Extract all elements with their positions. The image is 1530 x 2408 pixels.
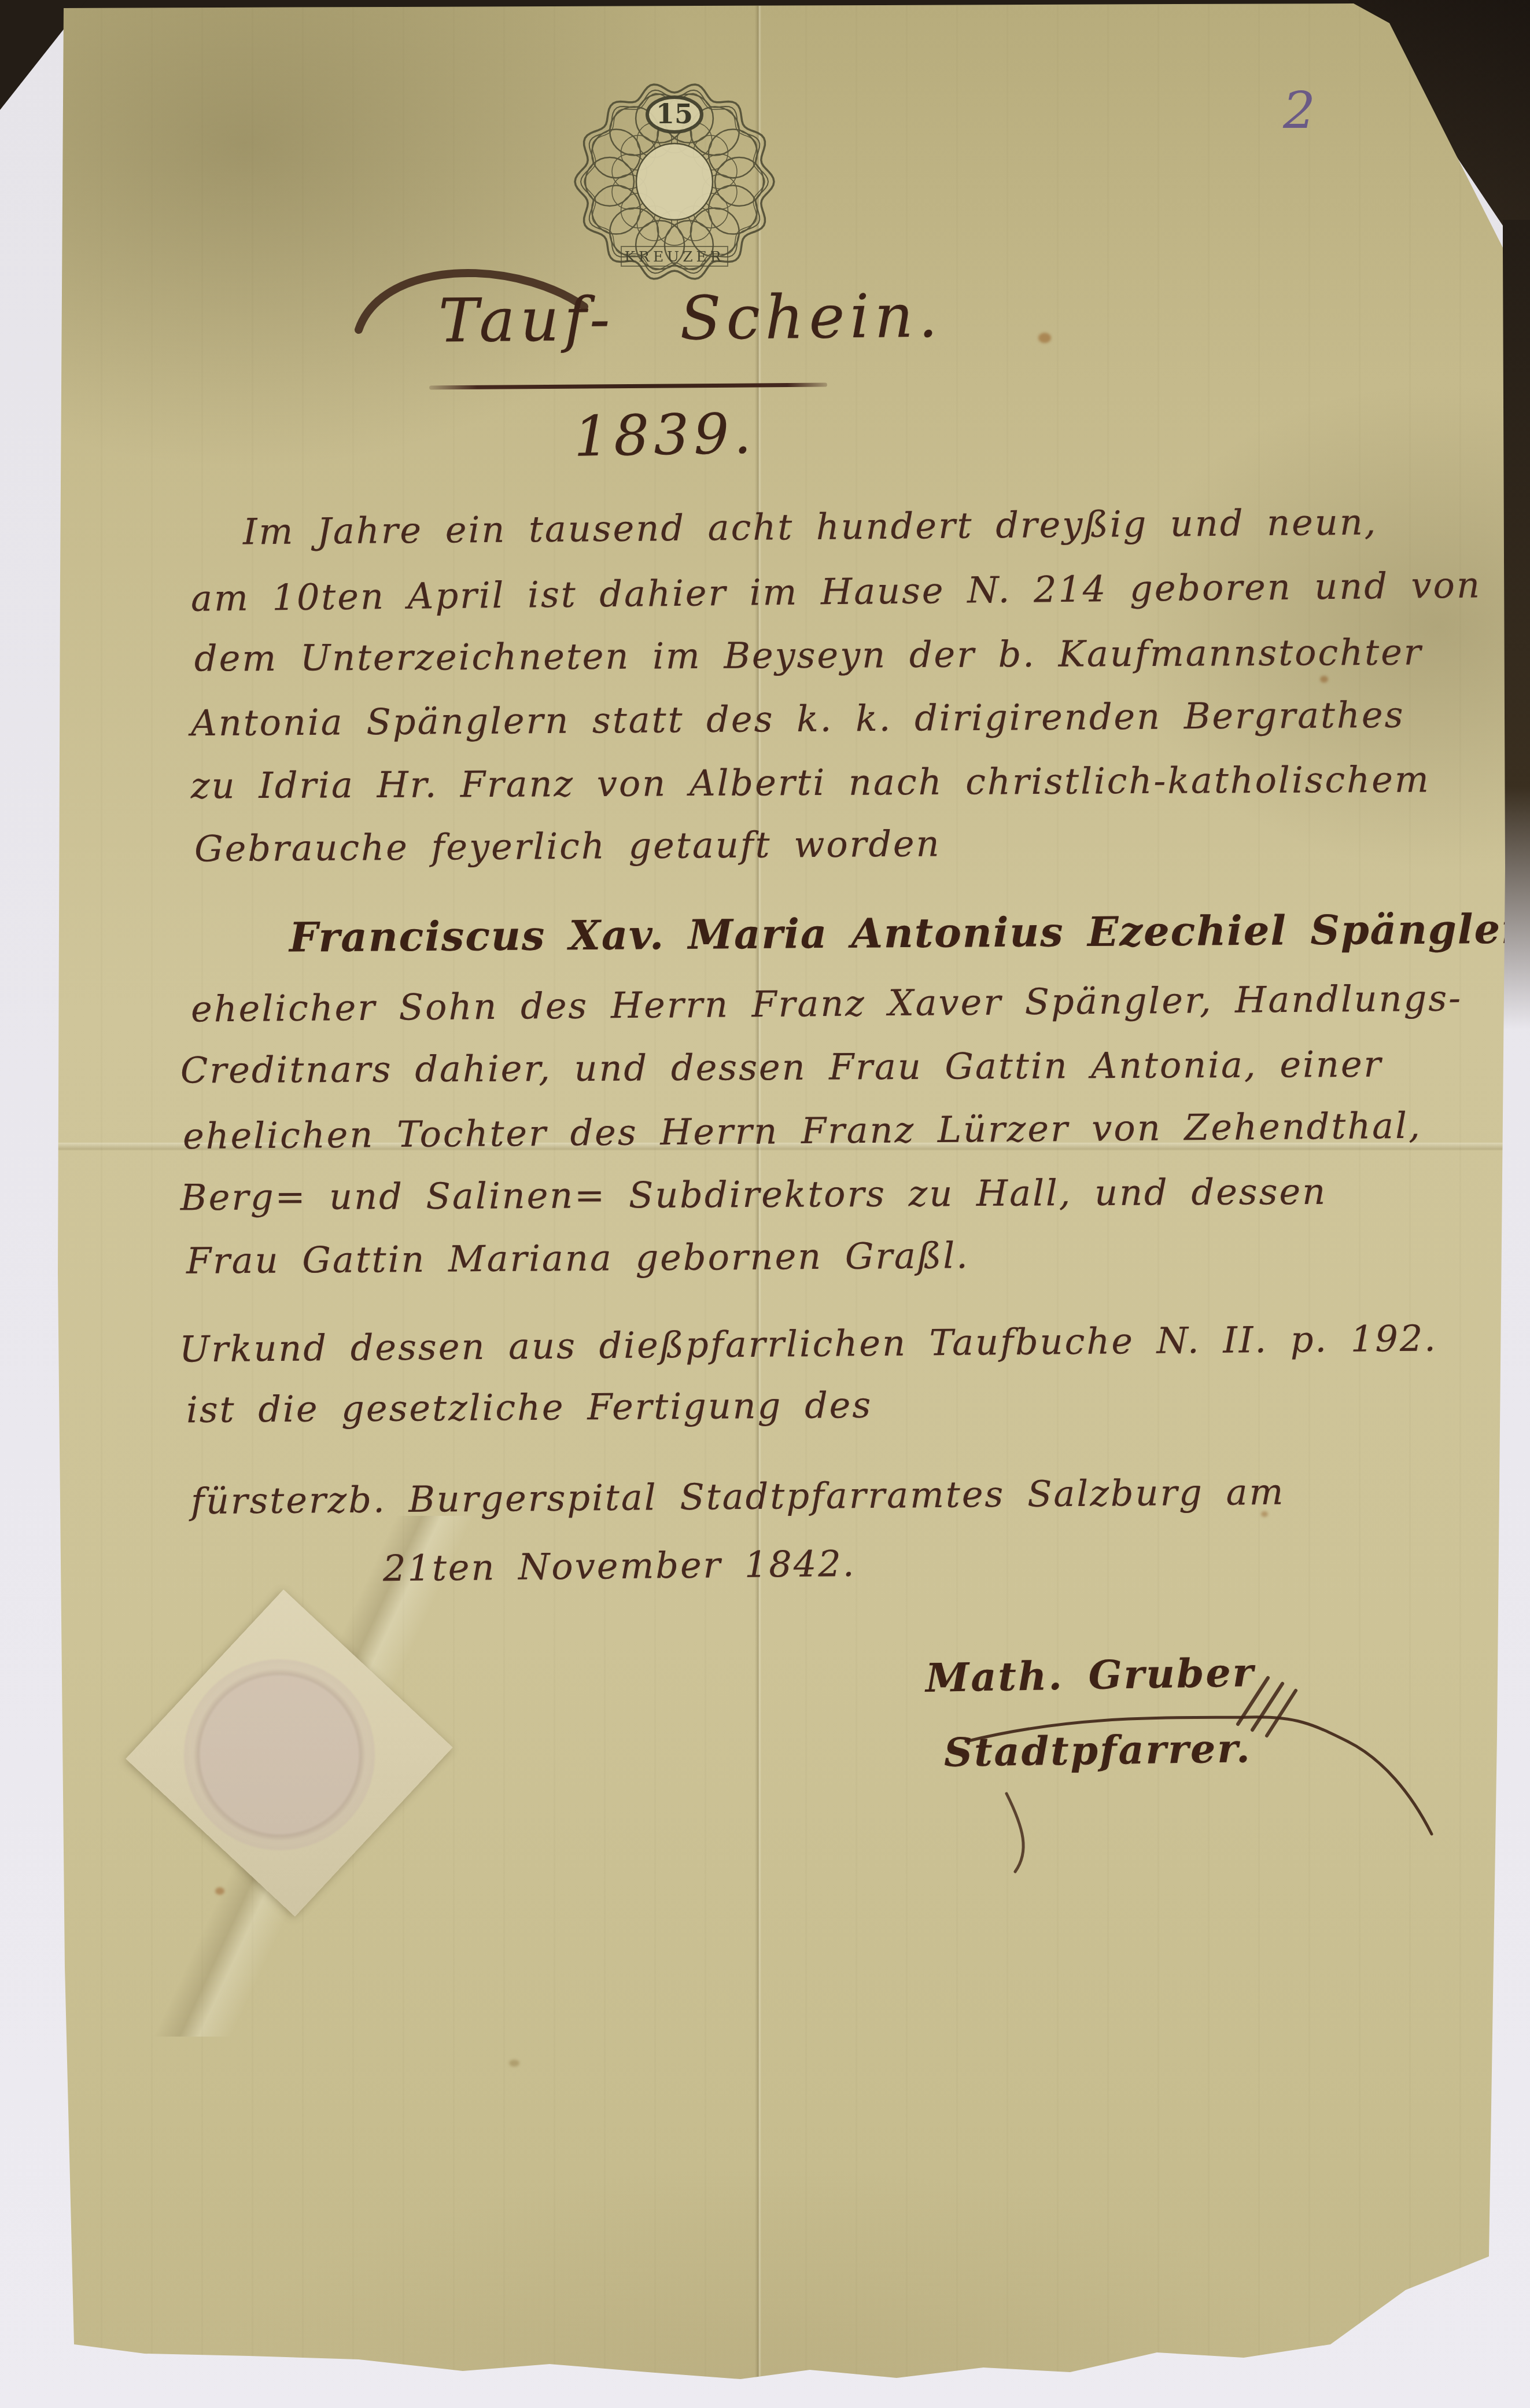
photograph-of-document: { "page": { "number": "2" }, "stamp": { … xyxy=(0,0,1530,2408)
foxing-spot xyxy=(215,1887,224,1895)
document-title: Tauf- Schein. xyxy=(438,285,943,351)
stamp-value: 15 xyxy=(656,98,693,130)
body-text-line: dem Unterzeichneten im Beyseyn der b. Ka… xyxy=(194,634,1423,676)
body-text-line: Frau Gattin Mariana gebornen Graßl. xyxy=(186,1238,969,1279)
body-text-line: Berg= und Salinen= Subdirektors zu Hall,… xyxy=(180,1174,1327,1216)
signature-flourish xyxy=(891,1643,1469,1886)
body-text-line: ehelicher Sohn des Herrn Franz Xaver Spä… xyxy=(191,980,1462,1027)
stamp-currency: KREUZER xyxy=(624,248,724,265)
body-text-line: Gebrauche feyerlich getauft worden xyxy=(194,826,941,867)
title-underline xyxy=(429,383,827,390)
document-year: 1839. xyxy=(573,406,756,464)
body-text-line: Im Jahre ein tausend acht hundert dreyßi… xyxy=(243,504,1378,550)
body-text-line: Antonia Spänglern statt des k. k. dirigi… xyxy=(191,697,1405,742)
foxing-spot xyxy=(509,2060,519,2067)
page-number: 2 xyxy=(1283,86,1315,137)
body-text-line: am 10ten April ist dahier im Hause N. 21… xyxy=(191,567,1481,616)
photo-background-right-edge xyxy=(1503,220,1530,1030)
date-line: 21ten November 1842. xyxy=(383,1546,856,1587)
embossed-seal xyxy=(184,1659,375,1850)
body-text-line: Creditnars dahier, und dessen Frau Gatti… xyxy=(180,1047,1382,1089)
foxing-spot xyxy=(1320,676,1328,683)
document-paper-sheet: 2 15 KREUZER Tauf- Schein. 1839. Im Jahr… xyxy=(0,0,1530,2408)
closing-line: fürsterzb. Burgerspital Stadtpfarramtes … xyxy=(191,1474,1285,1520)
body-text-line: zu Idria Hr. Franz von Alberti nach chri… xyxy=(191,761,1431,804)
foxing-spot xyxy=(1038,333,1051,343)
body-text-line: ist die gesetzliche Fertigung des xyxy=(186,1387,873,1428)
baptized-name-line: Franciscus Xav. Maria Antonius Ezechiel … xyxy=(289,908,1530,958)
body-text-line: Urkund dessen aus dießpfarrlichen Taufbu… xyxy=(179,1321,1437,1368)
stamp-center-disc xyxy=(636,143,713,220)
body-text-line: ehelichen Tochter des Herrn Franz Lürzer… xyxy=(183,1108,1422,1155)
